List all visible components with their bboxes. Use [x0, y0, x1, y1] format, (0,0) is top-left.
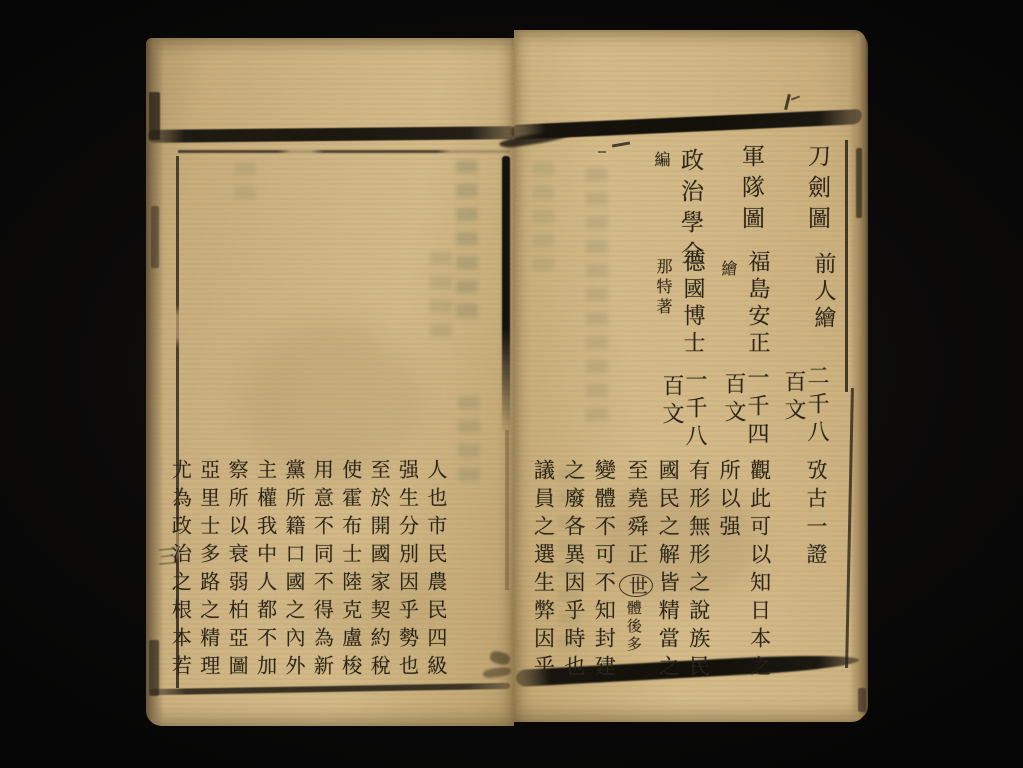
leaf-edge-mark	[149, 640, 159, 696]
catalog-entry-title: 軍隊圖	[735, 144, 768, 237]
catalog-entry-price-wrap: 百文	[778, 370, 809, 426]
column-text: 議員之選生弊因乎	[531, 459, 555, 683]
catalog-entry-title-note: 編	[650, 151, 673, 171]
left-text-block: 人也市民農民四級 强生分別因乎勢也 至於開國家契約稅 使霍布士陸克盧梭 用意不同…	[166, 459, 450, 697]
text-column: 察所以衰弱柏亞圖	[223, 459, 251, 697]
interlinear-note: 體後多	[625, 600, 643, 654]
catalog-entry-author: 福島安正	[742, 250, 773, 358]
text-column: 强生分別因乎勢也	[393, 459, 421, 697]
catalog-entry-author: 前人繪	[808, 252, 839, 333]
leaf-edge-mark	[856, 148, 862, 218]
catalog-entry-author: 德國博士	[677, 250, 708, 358]
text-column: 至於開國家契約稅	[365, 459, 393, 697]
paper-stain	[240, 320, 420, 480]
text-column: 使霍布士陸克盧梭	[336, 459, 364, 697]
column-text: 觀此可以知日本之	[748, 459, 772, 683]
catalog-entry-price-wrap: 百文	[656, 374, 687, 430]
margin-mark: 三	[151, 545, 182, 570]
column-text: 有形無形之說族民	[687, 459, 711, 683]
text-column: 所以强	[714, 459, 744, 697]
bleed-through-text	[532, 162, 554, 272]
column-text: 攷古一證	[804, 459, 828, 571]
catalog-entry-price-wrap: 百文	[718, 372, 749, 428]
column-text: 至堯舜正	[625, 459, 649, 571]
commentary-block: 攷古一證 觀此可以知日本之 所以强 有形無形之說族民 國民之解皆精當之 至堯舜正…	[528, 459, 831, 697]
text-column: 變體不可不知封建	[589, 459, 619, 697]
column-text: 國民之解皆精當之	[656, 459, 680, 683]
text-column: 尤為政治之根本若	[166, 459, 194, 697]
column-text: 所以强	[717, 459, 741, 543]
text-column: 之廢各異因乎時也	[558, 459, 588, 697]
catalog-entry-title: 刀劍圖	[801, 144, 834, 237]
catalog-entry-author-note: 那特著	[652, 258, 675, 318]
text-column: 國民之解皆精當之	[653, 459, 683, 697]
frame-line-gutter-faint	[505, 430, 509, 590]
leaf-edge-mark	[858, 688, 866, 712]
text-column: 人也市民農民四級	[422, 459, 450, 697]
text-column: 觀此可以知日本之	[744, 459, 774, 697]
text-column: 主權我中人都不加	[251, 459, 279, 697]
page-stack-edge-right	[850, 34, 868, 720]
frame-line-gutter	[502, 156, 510, 434]
text-column: 有形無形之說族民	[683, 459, 713, 697]
text-column: 亞里士多路之精理	[194, 459, 222, 697]
text-column: 用意不同不得為新	[308, 459, 336, 697]
catalog-entry-author-note: 繪	[717, 260, 740, 280]
text-column: 至堯舜正世體後多	[619, 459, 653, 697]
bleed-through-text	[586, 168, 608, 428]
bleed-through-text	[234, 162, 256, 210]
text-column: 議員之選生弊因乎	[528, 459, 558, 697]
column-text: 之廢各異因乎時也	[562, 459, 586, 683]
text-column: 黨所籍口國之內外	[280, 459, 308, 697]
bleed-through-text	[458, 396, 480, 484]
ink-dash-mark	[598, 151, 606, 153]
column-text: 變體不可不知封建	[592, 459, 616, 683]
text-column: 攷古一證	[801, 459, 831, 697]
leaf-edge-mark	[151, 206, 159, 268]
inserted-char: 世	[619, 574, 653, 597]
frame-line-top-left	[178, 150, 510, 153]
bleed-through-text	[430, 252, 452, 338]
frame-line-right	[845, 140, 848, 392]
bleed-through-text	[456, 160, 478, 325]
